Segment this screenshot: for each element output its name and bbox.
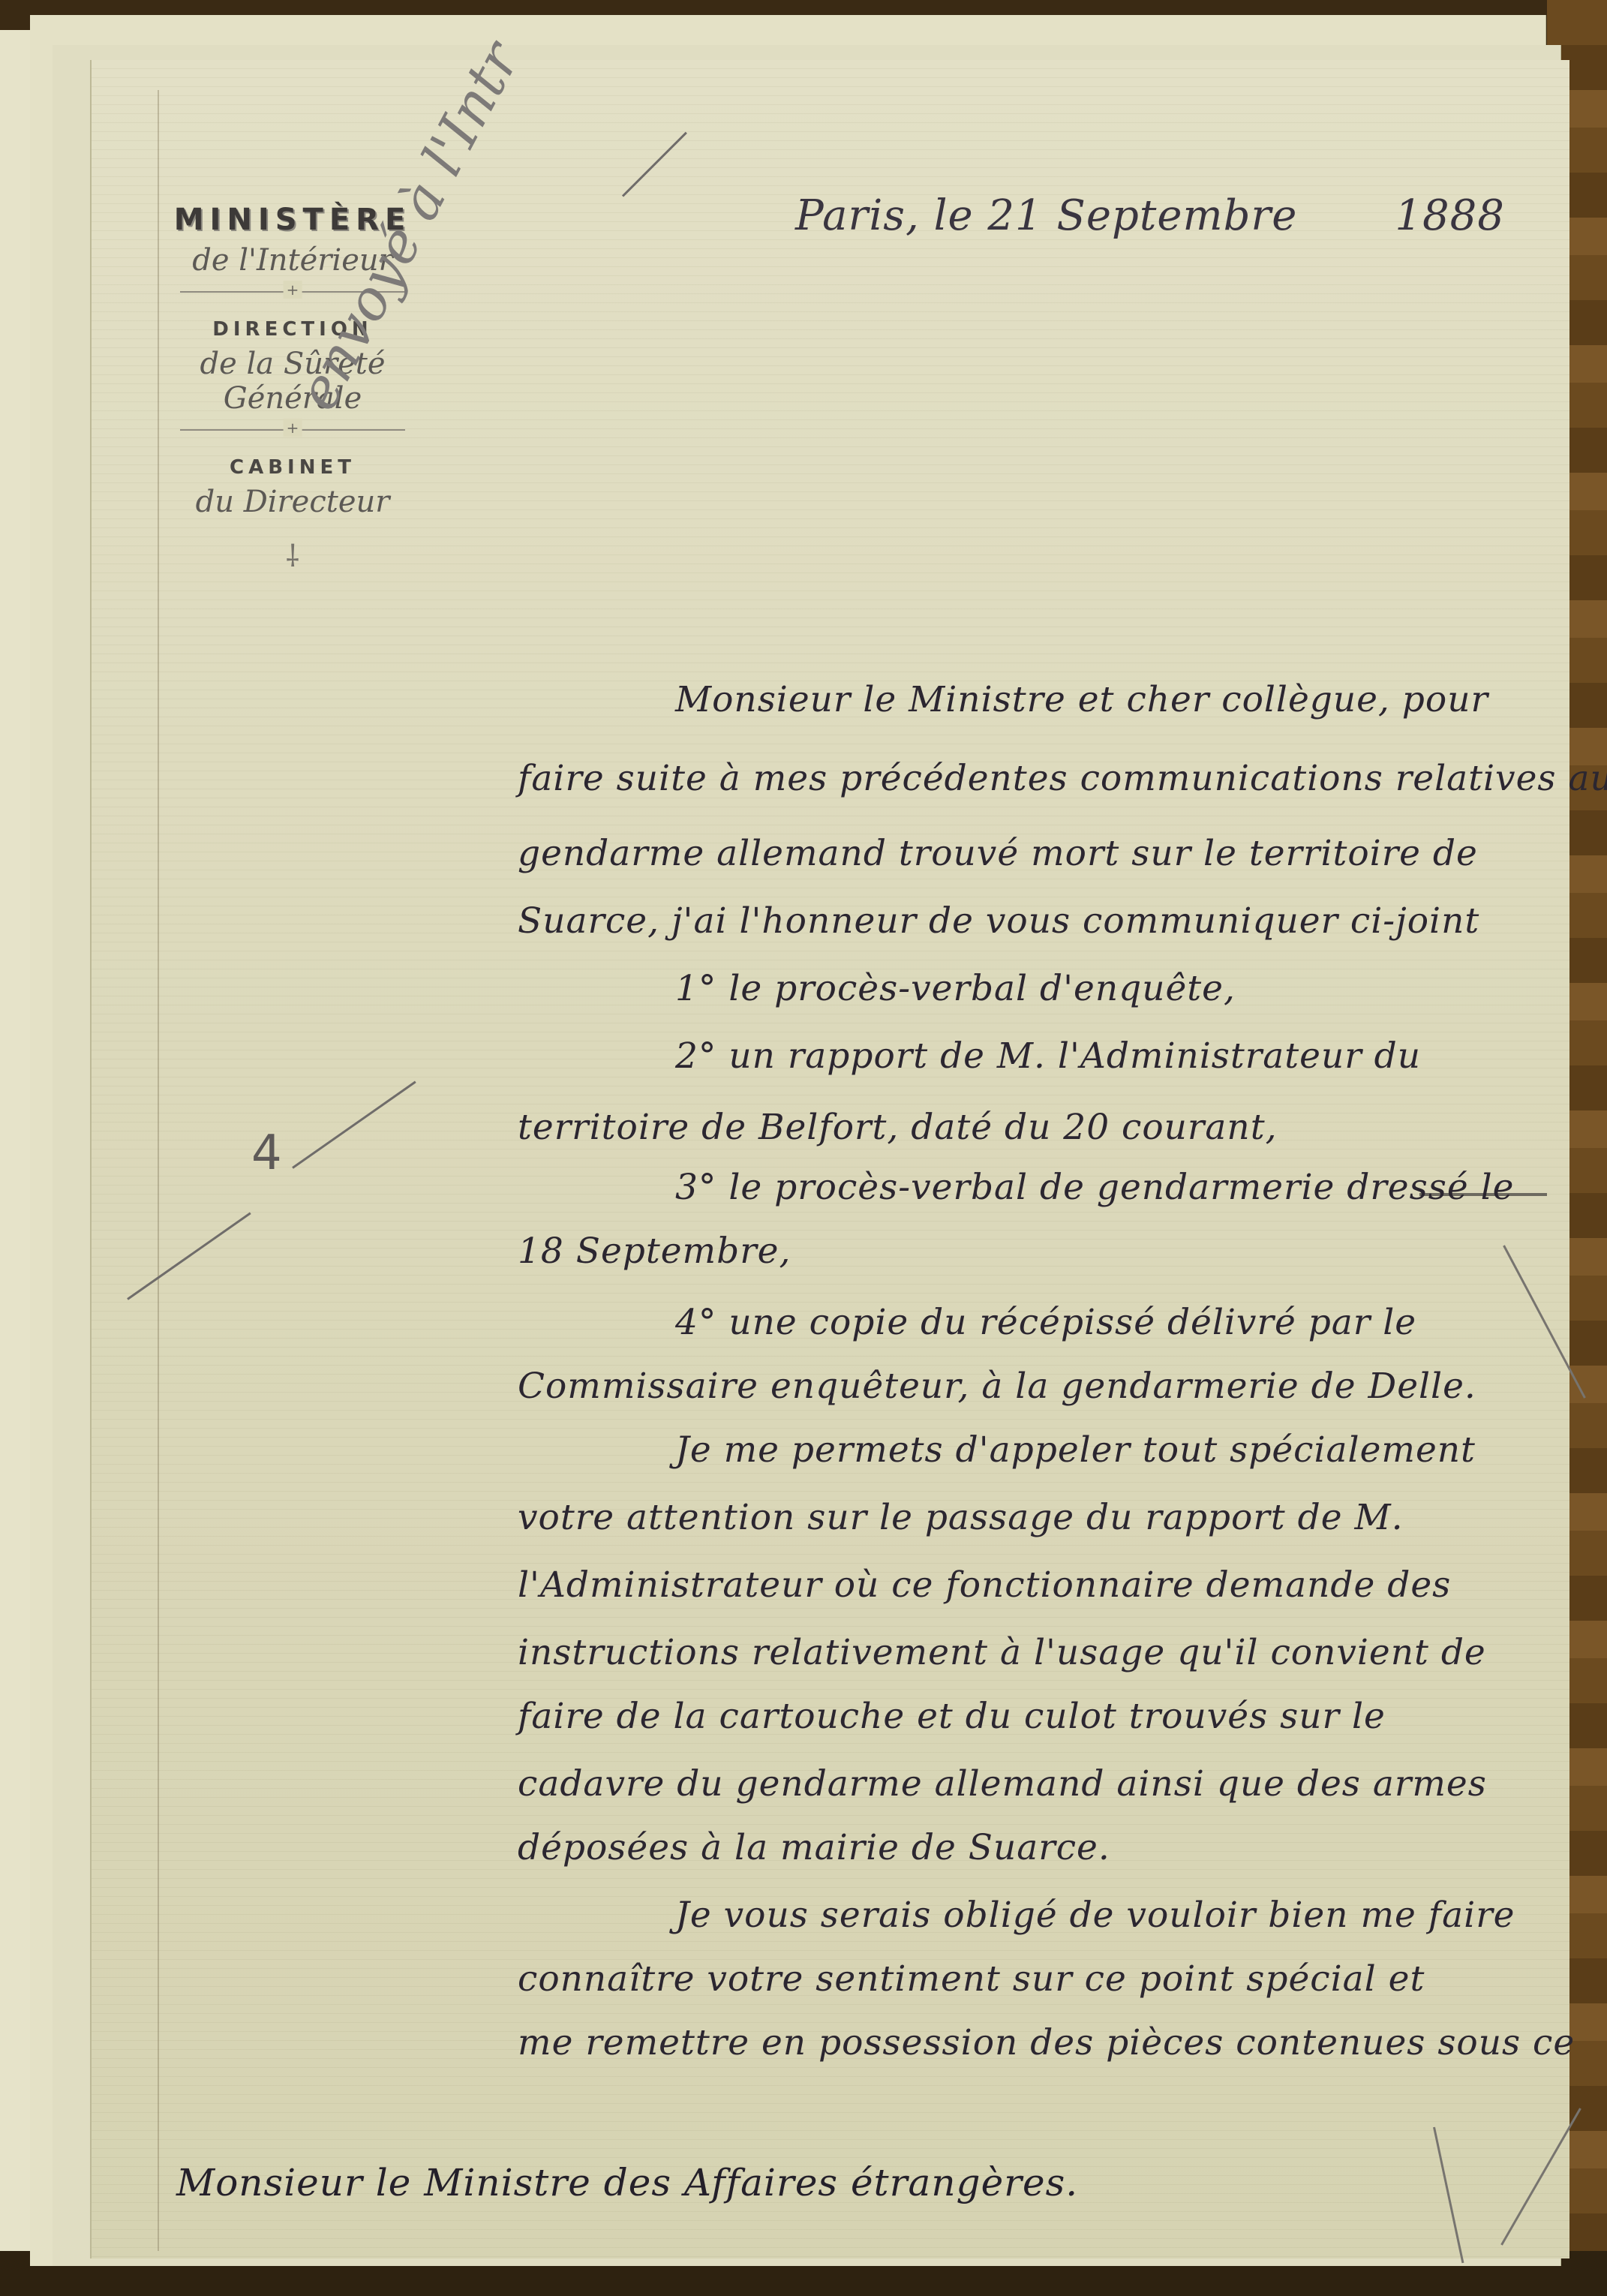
body-line: territoire de Belfort, daté du 20 couran…	[518, 1107, 1278, 1148]
list-item: 3° le procès-verbal de gendarmerie dress…	[675, 1167, 1514, 1208]
letterhead-cabinet-sub: du Directeur	[135, 485, 450, 519]
body-line: gendarme allemand trouvé mort sur le ter…	[518, 833, 1478, 874]
list-item: 4° une copie du récépissé délivré par le	[675, 1302, 1416, 1343]
body-line: connaître votre sentiment sur ce point s…	[518, 1958, 1425, 2000]
body-line: me remettre en possession des pièces con…	[518, 2022, 1575, 2063]
body-line: faire suite à mes précédentes communicat…	[518, 758, 1607, 799]
body-line: l'Administrateur où ce fonctionnaire dem…	[518, 1564, 1451, 1606]
addressee: Monsieur le Ministre des Affaires étrang…	[176, 2161, 1078, 2204]
body-line: instructions relativement à l'usage qu'i…	[518, 1632, 1486, 1673]
body-line: Commissaire enquêteur, à la gendarmerie …	[518, 1366, 1476, 1407]
body-line: cadavre du gendarme allemand ainsi que d…	[518, 1763, 1487, 1805]
ornament-icon: ⸸	[135, 534, 450, 576]
body-line: Je me permets d'appeler tout spécialemen…	[675, 1429, 1476, 1471]
list-item: 1° le procès-verbal d'enquête,	[675, 968, 1236, 1009]
list-item: 2° un rapport de M. l'Administrateur du	[675, 1035, 1421, 1077]
body-line: Monsieur le Ministre et cher collègue, p…	[675, 679, 1488, 720]
letterhead-divider	[180, 429, 405, 431]
letter-date: Paris, le 21 Septembre1888	[795, 191, 1505, 240]
body-line: Je vous serais obligé de vouloir bien me…	[675, 1895, 1515, 1936]
letterhead-direction: DIRECTION	[135, 318, 450, 341]
body-line: Suarce, j'ai l'honneur de vous communiqu…	[518, 900, 1479, 942]
date-place-day: Paris, le 21 Septembre	[795, 191, 1297, 240]
body-line: 18 Septembre,	[518, 1231, 791, 1272]
body-line: déposées à la mairie de Suarce.	[518, 1827, 1110, 1868]
letterhead-cabinet: CABINET	[135, 456, 450, 479]
body-line: faire de la cartouche et du culot trouvé…	[518, 1696, 1386, 1737]
date-year: 1888	[1395, 191, 1505, 240]
body-line: votre attention sur le passage du rappor…	[518, 1497, 1404, 1538]
folio-number: 4	[251, 1125, 282, 1181]
